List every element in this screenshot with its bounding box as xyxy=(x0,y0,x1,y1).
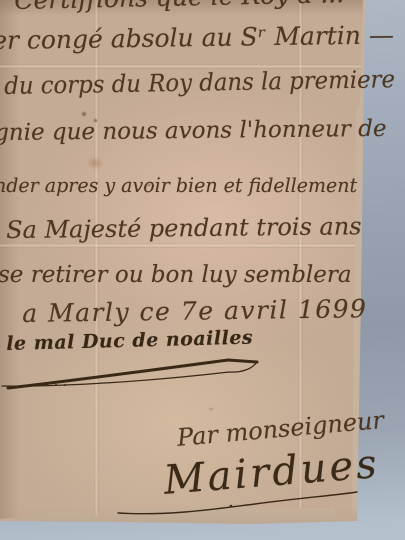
rust-stain xyxy=(86,156,104,170)
paper-speck xyxy=(208,407,214,411)
manuscript-line: er congé absolu au Sʳ Martin — xyxy=(0,20,394,55)
manuscript-line: gnie que nous avons l'honneur de xyxy=(0,116,387,146)
dateline-marly-1699: a Marly ce 7e avril 1699 xyxy=(22,294,368,328)
manuscript-line: Sa Majesté pendant trois ans xyxy=(6,212,362,244)
manuscript-line: nder apres y avoir bien et fidellement xyxy=(0,173,357,197)
ink-speck xyxy=(81,111,87,117)
horizontal-crease xyxy=(0,243,405,248)
manuscript-line: se retirer ou bon luy semblera xyxy=(0,262,352,288)
manuscript-photo: Certiffions que le Roy a ... er congé ab… xyxy=(0,0,405,540)
